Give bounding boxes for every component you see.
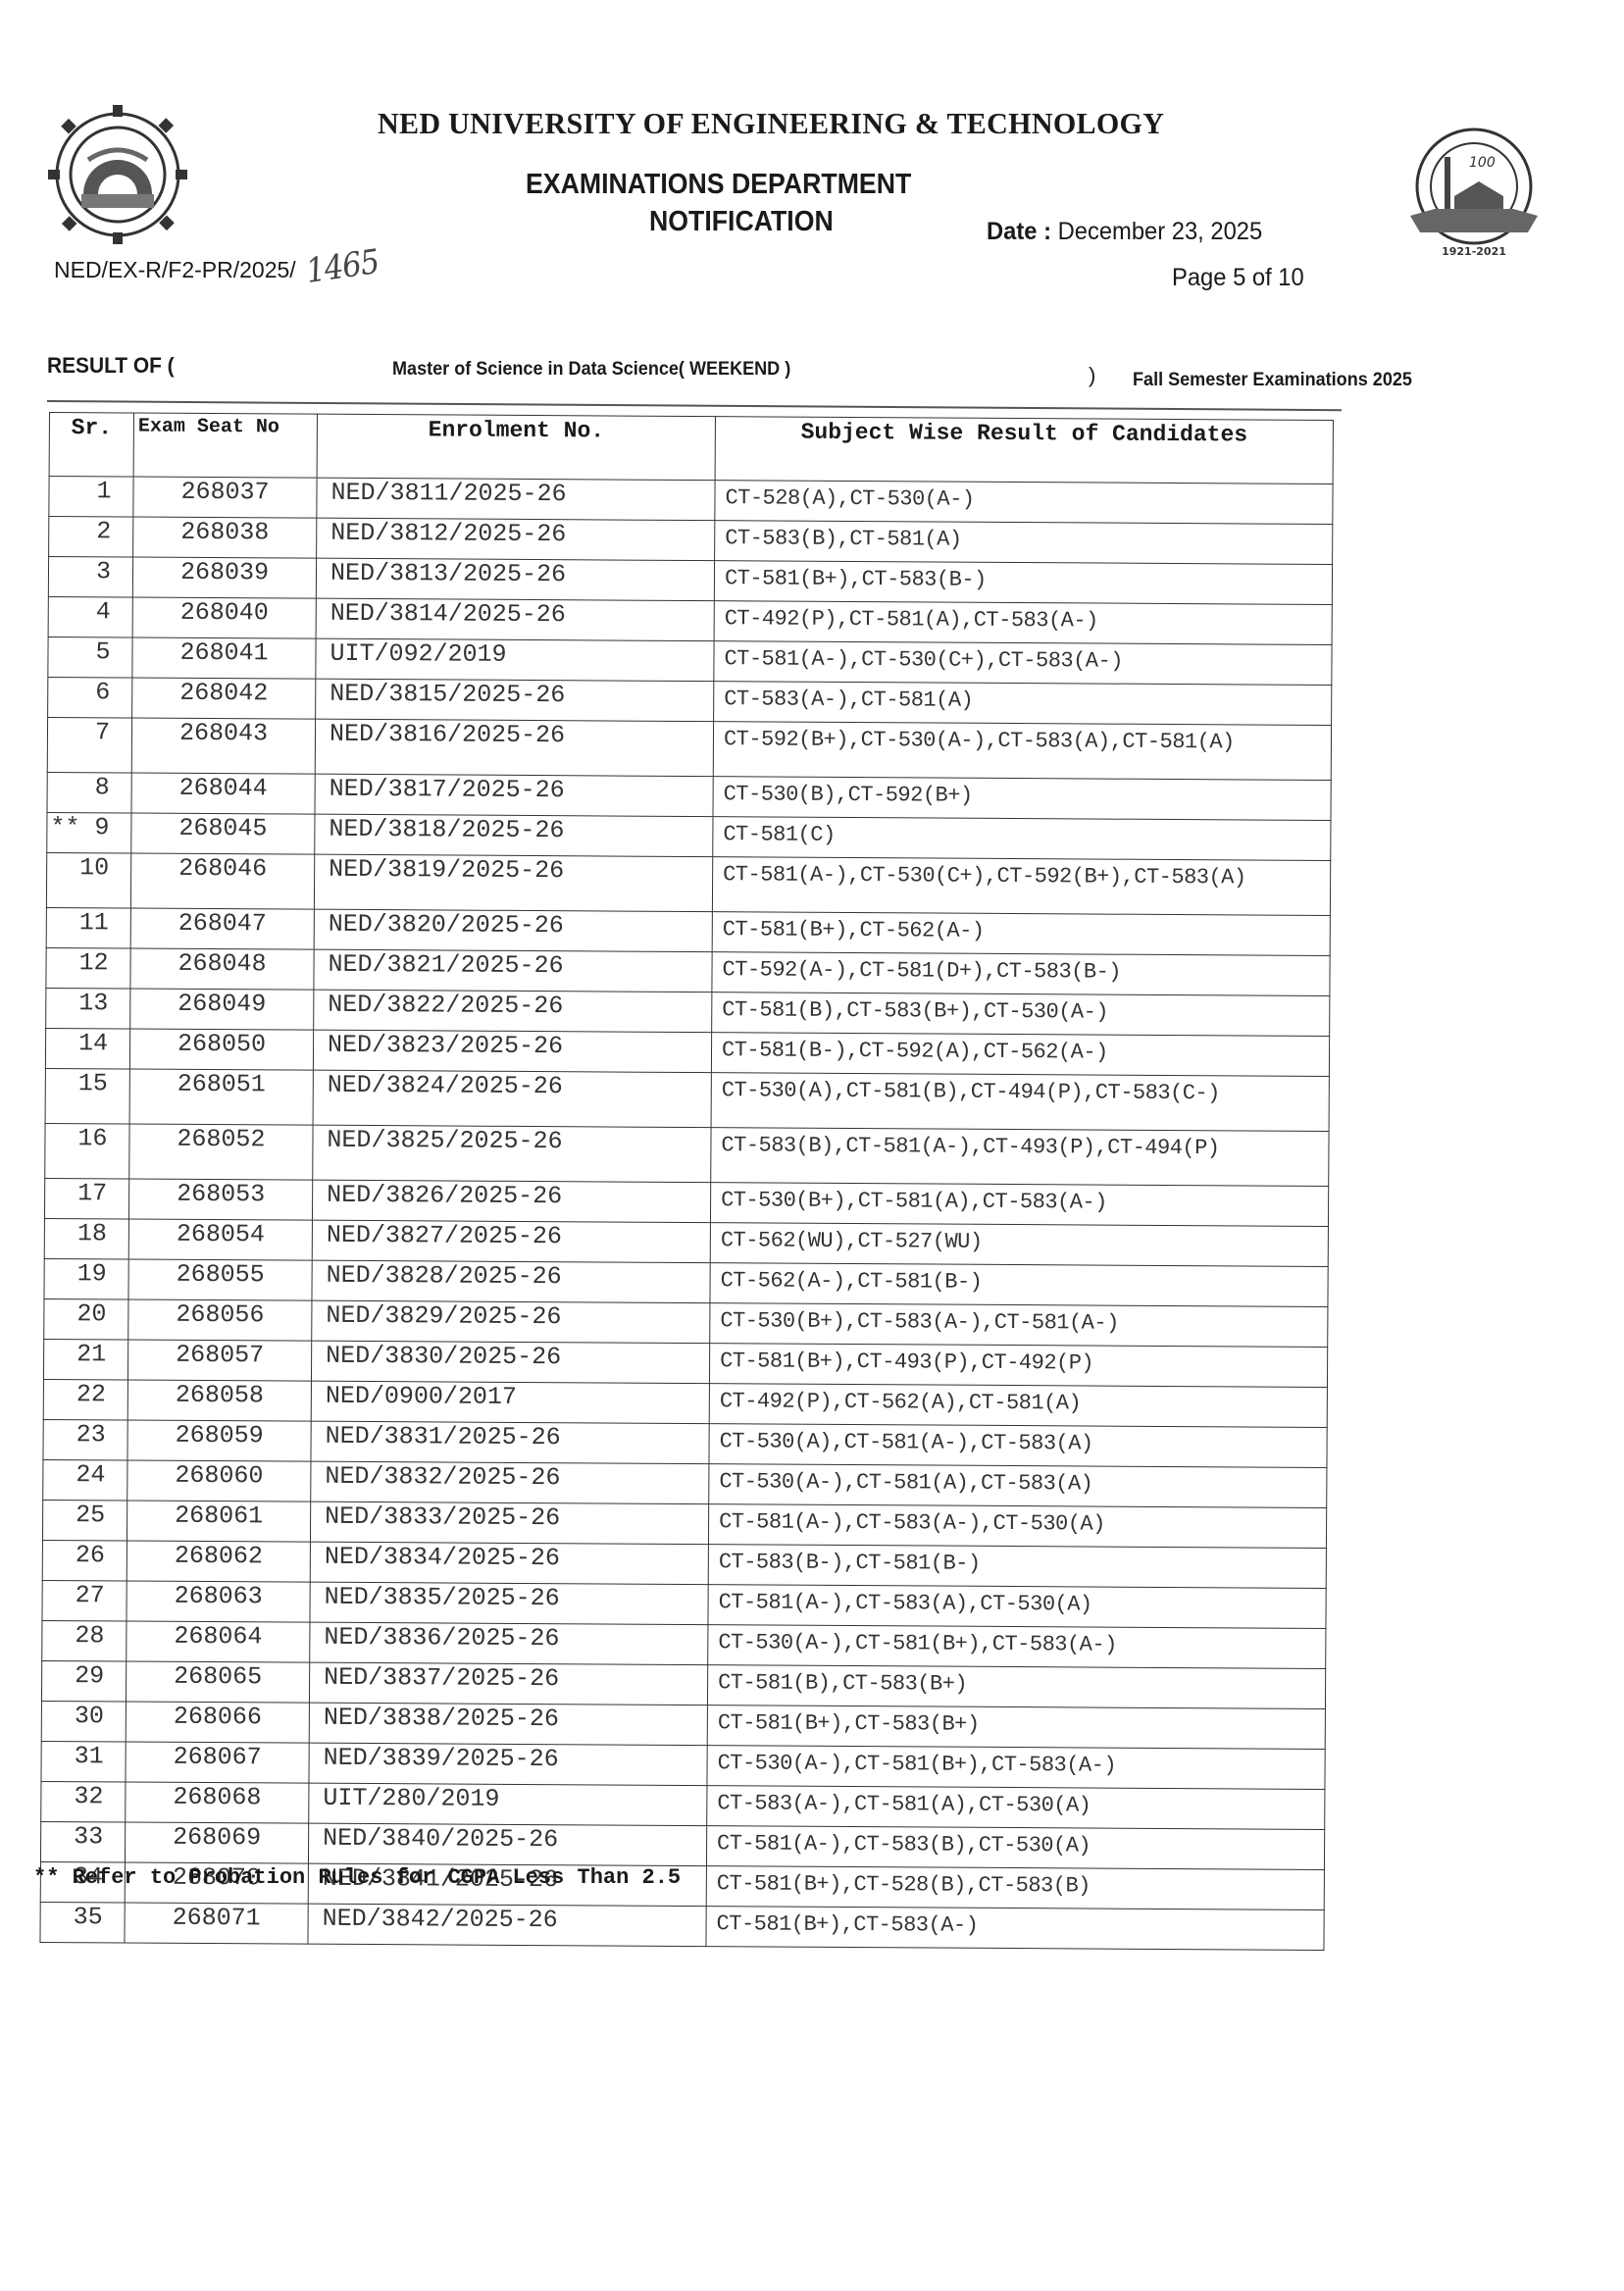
cell-sr: 17 (44, 1178, 128, 1219)
svg-text:1921-2021: 1921-2021 (1442, 245, 1506, 258)
cell-sr: 4 (48, 596, 132, 637)
cell-sr: 6 (48, 677, 132, 718)
cell-result: CT-492(P),CT-581(A),CT-583(A-) (714, 601, 1332, 645)
cell-seat: 268037 (133, 477, 317, 518)
handwritten-number: 1465 (303, 242, 381, 291)
cell-seat: 268051 (129, 1069, 313, 1125)
cell-seat: 268061 (127, 1501, 310, 1542)
column-header-result: Subject Wise Result of Candidates (715, 417, 1333, 484)
cell-enrolment: NED/3836/2025-26 (310, 1622, 708, 1664)
cell-result: CT-592(A-),CT-581(D+),CT-583(B-) (712, 952, 1330, 996)
cell-sr: 27 (42, 1580, 127, 1621)
cell-result: CT-583(B),CT-581(A) (715, 521, 1333, 565)
cell-enrolment: NED/3825/2025-26 (313, 1125, 711, 1182)
cell-result: CT-581(A-),CT-530(C+),CT-583(A-) (714, 641, 1332, 686)
cell-result: CT-583(B),CT-581(A-),CT-493(P),CT-494(P) (711, 1128, 1329, 1187)
cell-sr: 5 (48, 636, 132, 678)
cell-enrolment: NED/3832/2025-26 (311, 1461, 709, 1503)
cell-enrolment: NED/3828/2025-26 (312, 1260, 710, 1302)
cell-seat: 268059 (127, 1420, 311, 1461)
cell-seat: 268047 (130, 908, 314, 949)
table-header-row: Sr. Exam Seat No Enrolment No. Subject W… (49, 413, 1333, 484)
cell-sr: 19 (44, 1258, 128, 1299)
cell-result: CT-581(B+),CT-583(B-) (714, 561, 1332, 605)
result-of-label: RESULT OF ( (47, 353, 175, 379)
cell-sr: 10 (46, 852, 130, 908)
cell-enrolment: NED/3826/2025-26 (312, 1180, 710, 1222)
notice-date: Date : December 23, 2025 (987, 218, 1262, 246)
cell-seat: 268057 (127, 1340, 311, 1381)
column-header-enrolment: Enrolment No. (317, 414, 715, 480)
cell-sr: 14 (45, 1028, 129, 1069)
cell-enrolment: NED/3827/2025-26 (312, 1220, 710, 1262)
cell-enrolment: UIT/280/2019 (309, 1783, 707, 1825)
cell-result: CT-530(A-),CT-581(B+),CT-583(A-) (707, 1746, 1325, 1790)
page-indicator: Page 5 of 10 (1172, 264, 1304, 292)
cell-result: CT-530(B),CT-592(B+) (713, 777, 1331, 821)
cell-result: CT-581(A-),CT-583(A-),CT-530(A) (708, 1504, 1326, 1549)
cell-seat: 268056 (128, 1299, 312, 1341)
cell-enrolment: NED/3839/2025-26 (309, 1743, 707, 1785)
result-of-close: ) (1089, 363, 1095, 388)
cell-result: CT-492(P),CT-562(A),CT-581(A) (709, 1384, 1327, 1428)
cell-enrolment: NED/3816/2025-26 (315, 719, 713, 776)
table-row: 15268051NED/3824/2025-26CT-530(A),CT-581… (45, 1068, 1329, 1131)
cell-enrolment: NED/3820/2025-26 (314, 909, 712, 951)
cell-seat: 268041 (132, 637, 316, 679)
table-row: 10268046NED/3819/2025-26CT-581(A-),CT-53… (46, 852, 1330, 915)
cell-sr: 2 (49, 517, 133, 558)
cell-result: CT-530(A-),CT-581(B+),CT-583(A-) (708, 1625, 1326, 1669)
cell-enrolment: UIT/092/2019 (316, 638, 714, 681)
cell-enrolment: NED/3834/2025-26 (310, 1542, 708, 1584)
reference-number: NED/EX-R/F2-PR/2025/1465 (54, 247, 382, 286)
cell-enrolment: NED/3822/2025-26 (314, 990, 712, 1032)
cell-seat: 268046 (130, 853, 314, 909)
cell-seat: 268063 (127, 1581, 310, 1622)
cell-seat: 268054 (128, 1219, 312, 1260)
cell-result: CT-592(B+),CT-530(A-),CT-583(A),CT-581(A… (713, 722, 1331, 781)
cell-enrolment: NED/3824/2025-26 (313, 1070, 711, 1127)
cell-seat: 268064 (127, 1621, 310, 1662)
cell-seat: 268049 (130, 989, 314, 1030)
cell-seat: 268042 (132, 678, 316, 719)
university-title: NED UNIVERSITY OF ENGINEERING & TECHNOLO… (378, 106, 1164, 141)
program-name: Master of Science in Data Science( WEEKE… (392, 359, 790, 381)
cell-seat: 268050 (129, 1029, 313, 1070)
notification-title: NOTIFICATION (649, 206, 834, 238)
cell-enrolment: NED/3837/2025-26 (309, 1662, 707, 1705)
cell-enrolment: NED/3814/2025-26 (316, 598, 714, 640)
cell-sr: 15 (45, 1068, 129, 1124)
results-table: Sr. Exam Seat No Enrolment No. Subject W… (39, 412, 1334, 1951)
cell-sr: 11 (46, 907, 130, 948)
cell-seat: 268038 (133, 517, 317, 558)
cell-seat: 268062 (127, 1541, 310, 1582)
cell-sr: 20 (44, 1298, 128, 1340)
cell-sr: 26 (42, 1540, 127, 1581)
cell-enrolment: NED/3830/2025-26 (311, 1341, 709, 1383)
cell-enrolment: NED/3831/2025-26 (311, 1421, 709, 1463)
cell-seat: 268045 (131, 813, 315, 854)
table-row: 7268043NED/3816/2025-26CT-592(B+),CT-530… (47, 717, 1331, 780)
table-row: 35268071NED/3842/2025-26CT-581(B+),CT-58… (40, 1902, 1324, 1950)
table-row: 16268052NED/3825/2025-26CT-583(B),CT-581… (45, 1123, 1329, 1186)
cell-result: CT-530(B+),CT-581(A),CT-583(A-) (710, 1183, 1328, 1227)
cell-enrolment: NED/3833/2025-26 (310, 1502, 708, 1544)
cell-sr: 24 (43, 1459, 127, 1501)
cell-sr: 31 (41, 1741, 126, 1782)
cell-sr: 7 (47, 717, 131, 773)
cell-result: CT-581(B+),CT-583(B+) (707, 1706, 1325, 1750)
cell-sr: 16 (45, 1123, 129, 1179)
footnote: ** Refer to Probation Rules for CGPA Les… (33, 1865, 681, 1890)
cell-result: CT-530(B+),CT-583(A-),CT-581(A-) (710, 1303, 1328, 1348)
cell-enrolment: NED/3813/2025-26 (316, 558, 714, 600)
cell-seat: 268040 (132, 597, 316, 638)
cell-enrolment: NED/3840/2025-26 (308, 1823, 706, 1865)
cell-enrolment: NED/3821/2025-26 (314, 949, 712, 992)
cell-sr: 32 (41, 1781, 126, 1822)
cell-sr: 30 (41, 1701, 126, 1742)
cell-sr: 23 (43, 1419, 127, 1460)
cell-enrolment: NED/3815/2025-26 (316, 679, 714, 721)
cell-enrolment: NED/3835/2025-26 (310, 1582, 708, 1624)
cell-result: CT-581(B),CT-583(B+),CT-530(A-) (712, 993, 1330, 1037)
cell-seat: 268065 (126, 1661, 309, 1703)
cell-sr: 13 (46, 988, 130, 1029)
cell-result: CT-528(A),CT-530(A-) (715, 481, 1333, 525)
divider (47, 400, 1342, 411)
cell-sr: ** 9 (47, 812, 131, 853)
cell-enrolment: NED/3823/2025-26 (313, 1030, 711, 1072)
cell-seat: 268055 (128, 1259, 312, 1300)
cell-sr: 35 (40, 1902, 125, 1943)
cell-seat: 268067 (126, 1742, 309, 1783)
cell-result: CT-583(A-),CT-581(A),CT-530(A) (707, 1786, 1325, 1830)
department-title: EXAMINATIONS DEPARTMENT (526, 169, 911, 201)
cell-enrolment: NED/3838/2025-26 (309, 1703, 707, 1745)
cell-seat: 268060 (127, 1460, 311, 1502)
cell-sr: 25 (42, 1500, 127, 1541)
cell-seat: 268044 (131, 773, 315, 814)
ned-university-logo-icon (44, 101, 191, 248)
cell-sr: 22 (43, 1379, 127, 1420)
cell-seat: 268069 (125, 1822, 308, 1863)
cell-enrolment: NED/3842/2025-26 (308, 1904, 706, 1946)
cell-seat: 268048 (130, 948, 314, 990)
cell-result: CT-530(A-),CT-581(A),CT-583(A) (709, 1464, 1327, 1508)
cell-sr: 28 (42, 1620, 127, 1661)
cell-seat: 268053 (128, 1179, 312, 1220)
cell-sr: 3 (48, 557, 132, 598)
cell-result: CT-562(A-),CT-581(B-) (710, 1263, 1328, 1307)
cell-sr: 8 (47, 772, 131, 813)
semester-name: Fall Semester Examinations 2025 (1133, 370, 1412, 391)
cell-enrolment: NED/3812/2025-26 (317, 518, 715, 560)
cell-result: CT-581(B-),CT-592(A),CT-562(A-) (711, 1033, 1329, 1077)
reference-prefix: NED/EX-R/F2-PR/2025/ (54, 257, 296, 282)
results-table-body: 1268037NED/3811/2025-26CT-528(A),CT-530(… (40, 477, 1333, 1951)
cell-seat: 268066 (126, 1702, 309, 1743)
cell-result: CT-530(A),CT-581(A-),CT-583(A) (709, 1424, 1327, 1468)
cell-result: CT-581(B+),CT-562(A-) (712, 912, 1330, 956)
cell-seat: 268039 (132, 557, 316, 598)
cell-enrolment: NED/0900/2017 (311, 1381, 709, 1423)
cell-sr: 21 (43, 1339, 127, 1380)
cell-sr: 12 (46, 947, 130, 989)
cell-seat: 268068 (126, 1782, 309, 1823)
date-value: December 23, 2025 (1058, 218, 1263, 245)
cell-result: CT-581(A-),CT-530(C+),CT-592(B+),CT-583(… (712, 857, 1330, 916)
svg-text:100: 100 (1469, 155, 1496, 171)
cell-result: CT-562(WU),CT-527(WU) (710, 1223, 1328, 1267)
cell-result: CT-583(B-),CT-581(B-) (708, 1545, 1326, 1589)
cell-result: CT-581(C) (713, 817, 1331, 861)
cell-result: CT-530(A),CT-581(B),CT-494(P),CT-583(C-) (711, 1073, 1329, 1132)
cell-seat: 268071 (125, 1903, 308, 1944)
cell-enrolment: NED/3818/2025-26 (315, 814, 713, 856)
cell-sr: 29 (41, 1660, 126, 1702)
cell-sr: 18 (44, 1218, 128, 1259)
cell-result: CT-581(B+),CT-528(B),CT-583(B) (706, 1866, 1324, 1910)
cell-result: CT-581(B),CT-583(B+) (707, 1665, 1325, 1709)
cell-seat: 268043 (131, 718, 315, 774)
cell-result: CT-581(B+),CT-583(A-) (706, 1907, 1324, 1951)
cell-sr: 1 (49, 477, 133, 518)
cell-enrolment: NED/3819/2025-26 (314, 854, 712, 911)
cell-result: CT-581(A-),CT-583(B),CT-530(A) (706, 1826, 1324, 1870)
cell-enrolment: NED/3829/2025-26 (312, 1300, 710, 1343)
cell-result: CT-583(A-),CT-581(A) (714, 682, 1332, 726)
cell-seat: 268058 (127, 1380, 311, 1421)
cell-enrolment: NED/3811/2025-26 (317, 478, 715, 520)
ned-centenary-logo-icon: 100 1921-2021 (1400, 123, 1548, 270)
cell-result: CT-581(A-),CT-583(A),CT-530(A) (708, 1585, 1326, 1629)
cell-result: CT-581(B+),CT-493(P),CT-492(P) (709, 1344, 1327, 1388)
column-header-seat: Exam Seat No (133, 413, 317, 478)
cell-enrolment: NED/3817/2025-26 (315, 774, 713, 816)
cell-seat: 268052 (129, 1124, 313, 1180)
column-header-sr: Sr. (49, 413, 133, 478)
date-label: Date : (987, 218, 1051, 245)
cell-sr: 33 (40, 1821, 125, 1862)
